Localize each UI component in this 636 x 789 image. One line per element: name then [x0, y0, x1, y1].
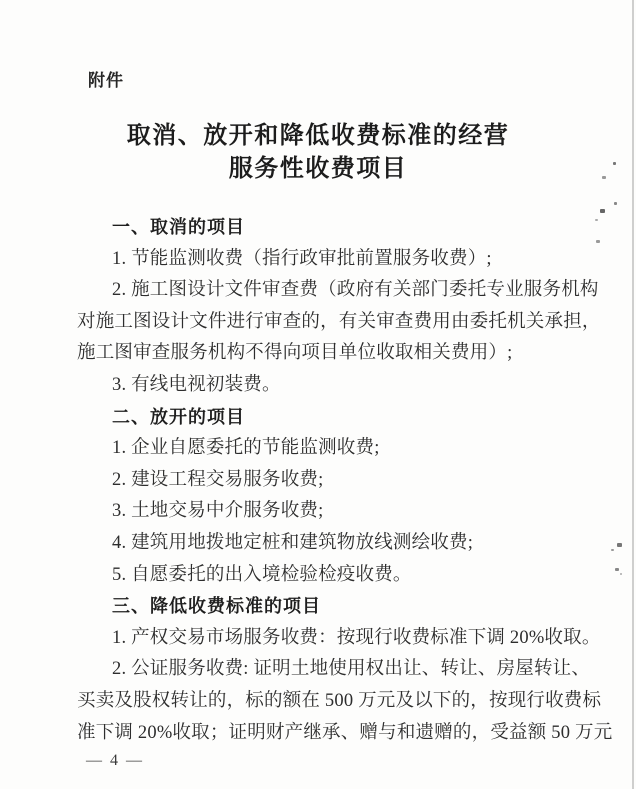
scan-speckle [595, 219, 598, 221]
page-number: — 4 — [86, 752, 144, 770]
scan-speckle [602, 176, 606, 179]
section-1-heading: 一、取消的项目 [77, 212, 577, 244]
body-line: 施工图审查服务机构不得向项目单位收取相关费用）; [77, 338, 577, 370]
body-line: 4. 建筑用地拨地定桩和建筑物放线测绘收费; [77, 528, 577, 560]
scan-speckle [611, 549, 614, 551]
scan-speckle [614, 202, 617, 205]
body-line: 准下调 20%收取；证明财产继承、赠与和遗赠的，受益额 50 万元 [77, 718, 577, 750]
document-body: 一、取消的项目 1. 节能监测收费（指行政审批前置服务收费）; 2. 施工图设计… [77, 212, 577, 749]
body-line: 5. 自愿委托的出入境检验检疫收费。 [77, 560, 577, 592]
title-line-2: 服务性收费项目 [229, 155, 408, 182]
body-line: 2. 建设工程交易服务收费; [77, 465, 577, 497]
body-line: 买卖及股权转让的，标的额在 500 万元及以下的，按现行收费标 [77, 686, 577, 718]
scan-speckle [600, 209, 605, 213]
title-line-1: 取消、放开和降低收费标准的经营 [127, 122, 510, 149]
body-line: 2. 施工图设计文件审查费（政府有关部门委托专业服务机构 [77, 275, 577, 307]
body-line: 3. 有线电视初装费。 [77, 370, 577, 402]
attachment-label: 附件 [88, 66, 124, 91]
section-2-heading: 二、放开的项目 [77, 402, 577, 434]
body-line: 2. 公证服务收费: 证明土地使用权出让、转让、房屋转让、 [77, 654, 577, 686]
scan-speckle [596, 240, 600, 243]
scan-speckle [613, 162, 616, 165]
body-line: 1. 产权交易市场服务收费：按现行收费标准下调 20%收取。 [77, 623, 577, 655]
scan-speckle [615, 568, 619, 571]
scan-speckle [620, 573, 622, 575]
body-line: 3. 土地交易中介服务收费; [77, 496, 577, 528]
scan-edge-line [632, 0, 634, 789]
scanned-document-page: 附件 取消、放开和降低收费标准的经营 服务性收费项目 一、取消的项目 1. 节能… [0, 0, 636, 789]
section-3-heading: 三、降低收费标准的项目 [77, 591, 577, 623]
document-title: 取消、放开和降低收费标准的经营 服务性收费项目 [0, 119, 636, 185]
body-line: 对施工图设计文件进行审查的，有关审查费用由委托机关承担， [77, 307, 577, 339]
body-line: 1. 节能监测收费（指行政审批前置服务收费）; [77, 244, 577, 276]
body-line: 1. 企业自愿委托的节能监测收费; [77, 433, 577, 465]
scan-speckle [617, 543, 622, 547]
